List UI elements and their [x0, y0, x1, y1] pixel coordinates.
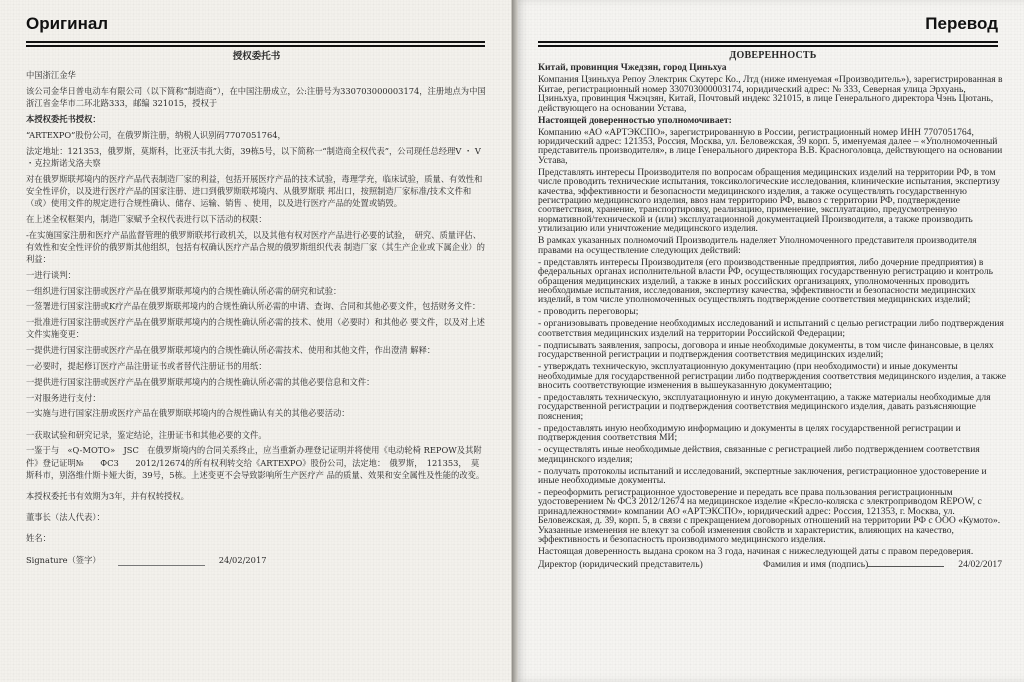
header-double-rule — [538, 41, 998, 47]
list-item: 一提供进行国家注册或医疗产品在俄罗斯联邦境内的合规性确认所必需的其他必要信息和文… — [26, 376, 487, 388]
signature-date: 24/02/2017 — [219, 554, 267, 566]
translation-content: ДОВЕРЕННОСТЬ Китай, провинция Чжедзян, г… — [538, 51, 1008, 569]
name-label: 姓名： — [26, 532, 487, 544]
chairman-label: 董事长（法人代表）： — [26, 511, 487, 523]
list-item: 一实施与进行国家注册或医疗产品在俄罗斯联邦境内的合规性确认有关的其他必要活动： — [26, 407, 487, 419]
list-item: 一必要时，提起修订医疗产品注册证书或者替代注册证书的用纸： — [26, 360, 487, 372]
list-item: 一对服务进行支付： — [26, 392, 487, 404]
paragraph: В рамках указанных полномочий Производит… — [538, 236, 1008, 255]
list-item: - получать протоколы испытаний и исследо… — [538, 467, 1008, 486]
paragraph: 在上述全权框架内，制造厂家赋予全权代表进行以下活动的权限： — [26, 213, 487, 225]
list-item: - переоформить регистрационное удостовер… — [538, 488, 1008, 544]
location-line: 中国浙江金华 — [26, 69, 487, 81]
list-item: - предоставлять техническую, эксплуатаци… — [538, 393, 1008, 421]
list-item: 一提供进行国家注册或医疗产品在俄罗斯联邦境内的合规性确认所必需技术、使用和其他文… — [26, 344, 487, 356]
list-item: - организовывать проведение необходимых … — [538, 319, 1008, 338]
list-item: - подписывать заявления, запросы, догово… — [538, 341, 1008, 360]
director-label: Директор (юридический представитель) — [538, 560, 703, 569]
name-label: Фамилия и имя (подпись) — [763, 559, 868, 570]
translation-page: Перевод ДОВЕРЕННОСТЬ Китай, провинция Чж… — [512, 0, 1024, 682]
list-item: 一获取试验和研究记录，鉴定结论，注册证书和其他必要的文件。 — [26, 429, 487, 441]
list-item: 一签署进行国家注册或K疗产品在俄罗斯联邦境内的合规性确认所必需的申请、查询、合同… — [26, 300, 487, 312]
list-item: - проводить переговоры; — [538, 307, 1008, 316]
authorization-heading: 本授权委托书授权： — [26, 113, 487, 125]
validity-paragraph: Настоящая доверенность выдана сроком на … — [538, 547, 1008, 556]
list-item: 一鉴于与 «Q-MOTO» JSC 在俄罗斯境内的合同关系终止，应当重新办理登记… — [26, 444, 487, 481]
translation-label: Перевод — [925, 14, 998, 34]
signature-date: 24/02/2017 — [958, 559, 1002, 570]
paragraph: 法定地址：121353，俄罗斯，莫斯科，比亚沃韦扎大街，39栋5号，以下简称一“… — [26, 145, 487, 169]
signature-line — [118, 557, 205, 566]
header-double-rule — [26, 41, 485, 47]
signature-name-group: Фамилия и имя (подпись)24/02/2017 — [763, 559, 1002, 569]
location-line: Китай, провинция Чжедзян, город Циньхуа — [538, 63, 1008, 72]
paragraph: 对在俄罗斯联邦境内的医疗产品代表制造厂家的利益，包括开展医疗产品的技术试验，毒理… — [26, 173, 487, 210]
paragraph: 该公司金华日普电动车有限公司（以下简称“制造商”），在中国注册成立，公:注册号为… — [26, 85, 487, 109]
original-page: Оригинал 授权委托书 中国浙江金华 该公司金华日普电动车有限公司（以下简… — [0, 0, 512, 682]
original-label: Оригинал — [26, 14, 108, 34]
signature-row: Директор (юридический представитель) Фам… — [538, 559, 1008, 569]
document-spread: Оригинал 授权委托书 中国浙江金华 该公司金华日普电动车有限公司（以下简… — [0, 0, 1024, 682]
paragraph: -在实施国家注册和医疗产品监督管理的俄罗斯联邦行政机关，以及其他有权对医疗产品进… — [26, 229, 487, 266]
document-title: ДОВЕРЕННОСТЬ — [538, 51, 1008, 60]
original-content: 授权委托书 中国浙江金华 该公司金华日普电动车有限公司（以下简称“制造商”），在… — [26, 51, 487, 566]
list-item: 一进行谈判： — [26, 269, 487, 281]
signature-line — [868, 559, 944, 567]
signature-row: Signature（签字） 24/02/2017 — [26, 554, 487, 566]
paragraph: Компания Цзиньхуа Репоу Электрик Скутерс… — [538, 75, 1008, 113]
list-item: - осуществлять иные необходимые действия… — [538, 445, 1008, 464]
authorization-heading: Настоящей доверенностью уполномочивает: — [538, 116, 1008, 125]
paragraph: “ARTEXPO”股份公司，在俄罗斯注册，纳税人识别码7707051764， — [26, 129, 487, 141]
document-title: 授权委托书 — [26, 51, 487, 63]
list-item: - предоставлять иную необходимую информа… — [538, 424, 1008, 443]
list-item: 一组织进行国家注册或医疗产品在俄罗斯联邦境内的合规性确认所必需的研究和试验： — [26, 285, 487, 297]
signature-label: Signature（签字） — [26, 554, 101, 566]
paragraph: Представлять интересы Производителя по в… — [538, 168, 1008, 234]
paragraph: Компанию «АО «АРТЭКСПО», зарегистрирован… — [538, 128, 1008, 166]
list-item: 一批准进行国家注册或医疗产品在俄罗斯联邦境内的合规性确认所必需的技术、使用（必要… — [26, 316, 487, 340]
validity-paragraph: 本授权委托书有效期为3年，并有权转授权。 — [26, 490, 487, 502]
list-item: - утверждать техническую, эксплуатационн… — [538, 362, 1008, 390]
list-item: - представлять интересы Производителя (е… — [538, 258, 1008, 305]
